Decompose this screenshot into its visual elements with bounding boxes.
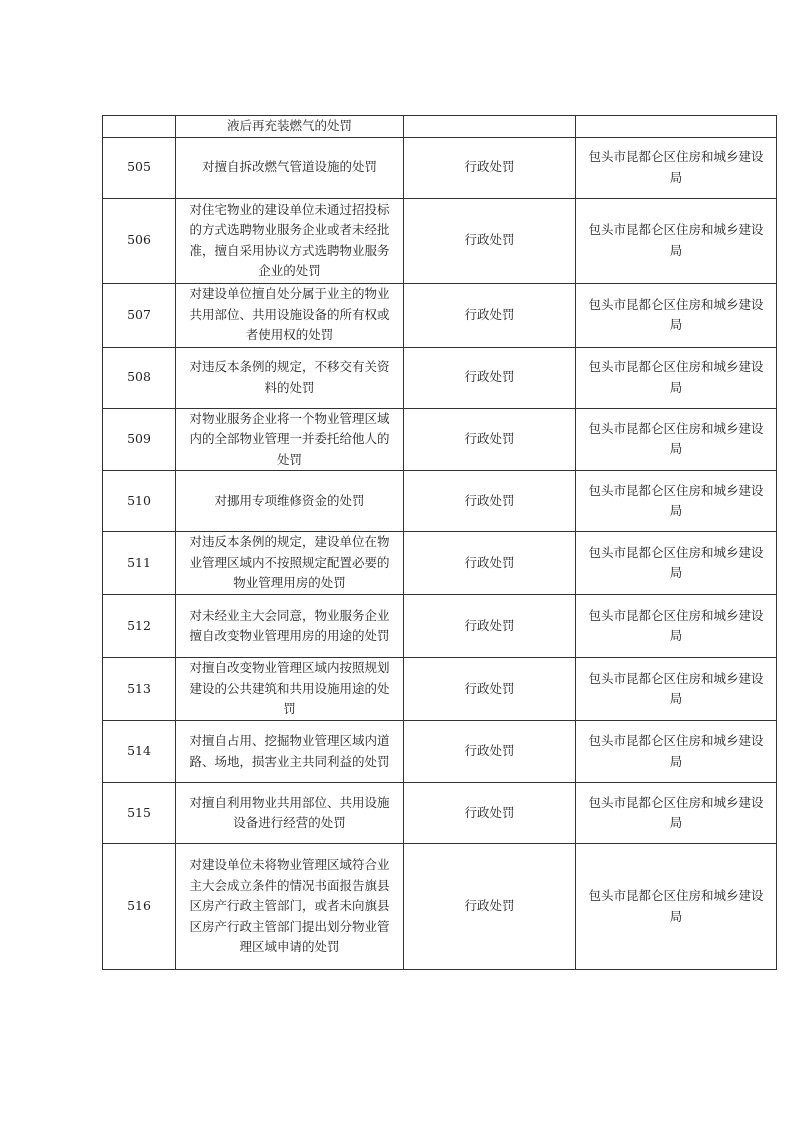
cell-number: 507	[103, 283, 176, 347]
table-row: 511对违反本条例的规定，建设单位在物业管理区域内不按照规定配置必要的物业管理用…	[103, 532, 777, 595]
cell-authority: 包头市昆都仑区住房和城乡建设局	[576, 595, 777, 658]
table-row: 515对擅自利用物业共用部位、共用设施设备进行经营的处罚行政处罚包头市昆都仑区住…	[103, 783, 777, 844]
cell-authority: 包头市昆都仑区住房和城乡建设局	[576, 783, 777, 844]
cell-number: 514	[103, 721, 176, 783]
cell-authority: 包头市昆都仑区住房和城乡建设局	[576, 532, 777, 595]
cell-description: 对挪用专项维修资金的处罚	[176, 471, 404, 532]
cell-type: 行政处罚	[404, 198, 576, 283]
cell-number	[103, 116, 176, 138]
cell-authority	[576, 116, 777, 138]
cell-number: 505	[103, 137, 176, 198]
cell-description: 对擅自拆改燃气管道设施的处罚	[176, 137, 404, 198]
table-row: 514对擅自占用、挖掘物业管理区域内道路、场地，损害业主共同利益的处罚行政处罚包…	[103, 721, 777, 783]
cell-type: 行政处罚	[404, 844, 576, 970]
cell-description: 对住宅物业的建设单位未通过招投标的方式选聘物业服务企业或者未经批准，擅自采用协议…	[176, 198, 404, 283]
cell-type: 行政处罚	[404, 721, 576, 783]
cell-type: 行政处罚	[404, 347, 576, 408]
cell-description: 对未经业主大会同意，物业服务企业擅自改变物业管理用房的用途的处罚	[176, 595, 404, 658]
cell-authority: 包头市昆都仑区住房和城乡建设局	[576, 844, 777, 970]
cell-type: 行政处罚	[404, 283, 576, 347]
cell-type: 行政处罚	[404, 408, 576, 471]
penalty-table: 液后再充装燃气的处罚 505对擅自拆改燃气管道设施的处罚行政处罚包头市昆都仑区住…	[102, 115, 777, 970]
cell-authority: 包头市昆都仑区住房和城乡建设局	[576, 347, 777, 408]
cell-number: 510	[103, 471, 176, 532]
cell-type: 行政处罚	[404, 783, 576, 844]
cell-description: 对擅自利用物业共用部位、共用设施设备进行经营的处罚	[176, 783, 404, 844]
cell-description: 对违反本条例的规定，不移交有关资料的处罚	[176, 347, 404, 408]
cell-type: 行政处罚	[404, 595, 576, 658]
table-row: 512对未经业主大会同意，物业服务企业擅自改变物业管理用房的用途的处罚行政处罚包…	[103, 595, 777, 658]
cell-authority: 包头市昆都仑区住房和城乡建设局	[576, 283, 777, 347]
cell-authority: 包头市昆都仑区住房和城乡建设局	[576, 658, 777, 721]
cell-number: 511	[103, 532, 176, 595]
cell-authority: 包头市昆都仑区住房和城乡建设局	[576, 198, 777, 283]
cell-authority: 包头市昆都仑区住房和城乡建设局	[576, 137, 777, 198]
table-row-continuation: 液后再充装燃气的处罚	[103, 116, 777, 138]
cell-type: 行政处罚	[404, 137, 576, 198]
cell-number: 509	[103, 408, 176, 471]
cell-number: 515	[103, 783, 176, 844]
cell-description: 液后再充装燃气的处罚	[176, 116, 404, 138]
cell-description: 对违反本条例的规定，建设单位在物业管理区域内不按照规定配置必要的物业管理用房的处…	[176, 532, 404, 595]
cell-type: 行政处罚	[404, 532, 576, 595]
cell-description: 对建设单位擅自处分属于业主的物业共用部位、共用设施设备的所有权或者使用权的处罚	[176, 283, 404, 347]
cell-authority: 包头市昆都仑区住房和城乡建设局	[576, 471, 777, 532]
cell-number: 512	[103, 595, 176, 658]
cell-number: 506	[103, 198, 176, 283]
cell-type: 行政处罚	[404, 658, 576, 721]
cell-description: 对擅自占用、挖掘物业管理区域内道路、场地，损害业主共同利益的处罚	[176, 721, 404, 783]
table-row: 513对擅自改变物业管理区域内按照规划建设的公共建筑和共用设施用途的处罚行政处罚…	[103, 658, 777, 721]
cell-number: 516	[103, 844, 176, 970]
table-row: 507对建设单位擅自处分属于业主的物业共用部位、共用设施设备的所有权或者使用权的…	[103, 283, 777, 347]
cell-number: 508	[103, 347, 176, 408]
table-row: 509对物业服务企业将一个物业管理区域内的全部物业管理一并委托给他人的处罚行政处…	[103, 408, 777, 471]
cell-description: 对物业服务企业将一个物业管理区域内的全部物业管理一并委托给他人的处罚	[176, 408, 404, 471]
cell-description: 对建设单位未将物业管理区域符合业主大会成立条件的情况书面报告旗县区房产行政主管部…	[176, 844, 404, 970]
cell-authority: 包头市昆都仑区住房和城乡建设局	[576, 721, 777, 783]
cell-authority: 包头市昆都仑区住房和城乡建设局	[576, 408, 777, 471]
table-row: 510对挪用专项维修资金的处罚行政处罚包头市昆都仑区住房和城乡建设局	[103, 471, 777, 532]
cell-number: 513	[103, 658, 176, 721]
cell-type: 行政处罚	[404, 471, 576, 532]
table-row: 508对违反本条例的规定，不移交有关资料的处罚行政处罚包头市昆都仑区住房和城乡建…	[103, 347, 777, 408]
cell-type	[404, 116, 576, 138]
cell-description: 对擅自改变物业管理区域内按照规划建设的公共建筑和共用设施用途的处罚	[176, 658, 404, 721]
table-row: 516对建设单位未将物业管理区域符合业主大会成立条件的情况书面报告旗县区房产行政…	[103, 844, 777, 970]
table-row: 506对住宅物业的建设单位未通过招投标的方式选聘物业服务企业或者未经批准，擅自采…	[103, 198, 777, 283]
table-row: 505对擅自拆改燃气管道设施的处罚行政处罚包头市昆都仑区住房和城乡建设局	[103, 137, 777, 198]
